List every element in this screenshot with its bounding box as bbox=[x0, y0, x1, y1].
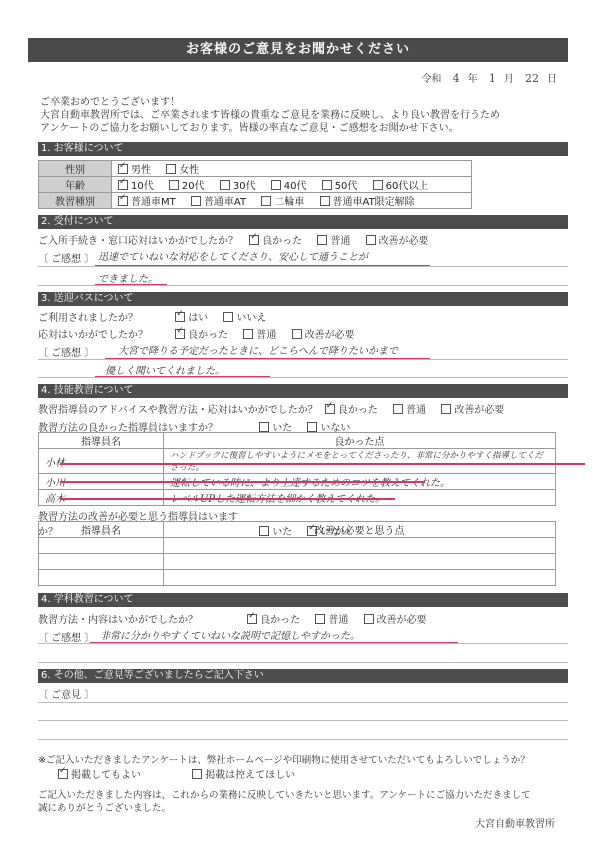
option-60s-plus[interactable]: 60代以上 bbox=[373, 181, 429, 192]
option-50s[interactable]: 50代 bbox=[322, 181, 358, 192]
academic-question: 教習方法・内容はいかがでしたか？ 良かった 普通 改善が必要 bbox=[38, 611, 439, 626]
option-good[interactable]: 良かった bbox=[175, 330, 228, 341]
date-month[interactable]: 1 bbox=[489, 72, 496, 85]
comment-line[interactable] bbox=[38, 702, 568, 703]
checkbox-icon[interactable] bbox=[118, 164, 128, 174]
checkbox-icon[interactable] bbox=[393, 404, 403, 414]
option-normal[interactable]: 普通 bbox=[393, 405, 426, 416]
comment-label: 〔 ご感想 〕 bbox=[38, 629, 94, 644]
row-age: 年齢 10代 20代 30代 40代 50代 60代以上 bbox=[39, 177, 472, 193]
checkbox-icon[interactable] bbox=[271, 180, 281, 190]
divider bbox=[38, 643, 568, 644]
checkbox-icon[interactable] bbox=[441, 404, 451, 414]
divider bbox=[38, 266, 568, 267]
improvement-point[interactable] bbox=[164, 538, 556, 554]
checkbox-icon[interactable] bbox=[175, 329, 185, 339]
instructor-name[interactable] bbox=[39, 570, 164, 586]
checkbox-icon[interactable] bbox=[118, 180, 128, 190]
red-underline bbox=[60, 498, 395, 500]
checkbox-icon[interactable] bbox=[261, 196, 271, 206]
academic-comment[interactable]: 非常に分かりやすくていねいな説明で記憶しやすかった。 bbox=[100, 627, 360, 642]
option-needs-improvement[interactable]: 改善が必要 bbox=[364, 615, 427, 626]
option-at[interactable]: 普通車AT bbox=[191, 197, 246, 208]
date-year[interactable]: 4 bbox=[453, 72, 460, 85]
option-normal[interactable]: 普通 bbox=[315, 615, 348, 626]
signature: 大宮自動車教習所 bbox=[475, 815, 555, 830]
checkbox-icon[interactable] bbox=[373, 180, 383, 190]
option-motorcycle[interactable]: 二輪車 bbox=[261, 197, 304, 208]
option-yes[interactable]: はい bbox=[175, 313, 208, 324]
option-at-limit-removal[interactable]: 普通車AT限定解除 bbox=[320, 197, 415, 208]
column-header-instructor: 指導員名 bbox=[39, 522, 164, 538]
label-age: 年齢 bbox=[39, 177, 112, 193]
date-era: 令和 bbox=[421, 74, 441, 85]
column-header-good-points: 良かった点 bbox=[164, 433, 556, 449]
section-header-customer: 1. お客様について bbox=[38, 142, 568, 156]
option-normal[interactable]: 普通 bbox=[243, 330, 276, 341]
checkbox-icon[interactable] bbox=[220, 180, 230, 190]
customer-info-table: 性別 男性 女性 年齢 10代 20代 30代 40代 50代 60代以上 教習… bbox=[38, 160, 472, 209]
checkbox-icon[interactable] bbox=[259, 422, 269, 432]
label-gender: 性別 bbox=[39, 161, 112, 177]
form-title: お客様のご意見をお聞かせください bbox=[28, 38, 568, 62]
table-header: 指導員名 良かった点 bbox=[39, 433, 556, 449]
checkbox-icon[interactable] bbox=[322, 180, 332, 190]
checkbox-icon[interactable] bbox=[243, 329, 253, 339]
improve-instructors-table: 指導員名 改善が必要と思う点 bbox=[38, 521, 556, 586]
checkbox-icon[interactable] bbox=[223, 312, 233, 322]
red-underline bbox=[60, 463, 585, 465]
checkbox-icon[interactable] bbox=[249, 235, 259, 245]
divider bbox=[38, 662, 568, 663]
consent-options: 掲載してもよい 掲載は控えてほしい bbox=[58, 766, 307, 781]
option-good[interactable]: 良かった bbox=[325, 405, 378, 416]
option-female[interactable]: 女性 bbox=[166, 165, 199, 176]
red-underline bbox=[60, 481, 425, 483]
option-needs-improvement[interactable]: 改善が必要 bbox=[441, 405, 504, 416]
divider bbox=[38, 359, 568, 360]
label-course: 教習種別 bbox=[39, 193, 112, 209]
date-day-unit: 日 bbox=[547, 74, 557, 85]
checkbox-icon[interactable] bbox=[366, 235, 376, 245]
instructor-name[interactable] bbox=[39, 538, 164, 554]
comment-label: 〔 ご感想 〕 bbox=[38, 250, 94, 265]
option-good[interactable]: 良かった bbox=[247, 615, 300, 626]
section-header-academic-lessons: 4. 学科教習について bbox=[38, 593, 568, 607]
checkbox-icon[interactable] bbox=[247, 614, 257, 624]
option-30s[interactable]: 30代 bbox=[220, 181, 256, 192]
good-instructors-table: 指導員名 良かった点 小林 ハンドブックに復習しやすいようにメモをとってくださっ… bbox=[38, 432, 556, 506]
option-20s[interactable]: 20代 bbox=[169, 181, 205, 192]
reception-comment-line1[interactable]: 迅速でていねいな対応をしてくださり、安心して通うことが bbox=[98, 248, 368, 263]
intro-line: アンケートのご協力をお願いしております。皆様の率直なご意見・ご感想をお聞かせ下さ… bbox=[40, 122, 500, 135]
date: 令和 4年 1月 22日 bbox=[421, 70, 557, 85]
reception-question: ご入所手続き・窓口応対はいかがでしたか？ 良かった 普通 改善が必要 bbox=[38, 232, 441, 247]
divider bbox=[38, 285, 568, 286]
checkbox-icon[interactable] bbox=[191, 196, 201, 206]
table-row bbox=[39, 538, 556, 554]
option-needs-improvement[interactable]: 改善が必要 bbox=[366, 236, 429, 247]
section-header-other: 6. その他、ご意見等ございましたらご記入下さい bbox=[38, 669, 568, 683]
option-needs-improvement[interactable]: 改善が必要 bbox=[292, 330, 355, 341]
checkbox-icon[interactable] bbox=[320, 196, 330, 206]
option-10s[interactable]: 10代 bbox=[118, 181, 154, 192]
table-row bbox=[39, 554, 556, 570]
checkbox-icon[interactable] bbox=[292, 329, 302, 339]
option-no[interactable]: いいえ bbox=[223, 313, 266, 324]
option-decline-publish[interactable]: 掲載は控えてほしい bbox=[192, 770, 295, 781]
checkbox-icon[interactable] bbox=[317, 235, 327, 245]
consent-question: ※ご記入いただきましたアンケートは、弊社ホームページや印刷物に使用させていただい… bbox=[38, 752, 530, 766]
option-mt[interactable]: 普通車MT bbox=[118, 197, 176, 208]
divider bbox=[38, 377, 568, 378]
checkbox-icon[interactable] bbox=[364, 614, 374, 624]
section-header-shuttle-bus: 3. 送迎バスについて bbox=[38, 292, 568, 306]
row-course: 教習種別 普通車MT 普通車AT 二輪車 普通車AT限定解除 bbox=[39, 193, 472, 209]
date-year-unit: 年 bbox=[468, 74, 478, 85]
checkbox-icon[interactable] bbox=[58, 769, 68, 779]
bus-service-question: 応対はいかがでしたか？ 良かった 普通 改善が必要 bbox=[38, 326, 367, 341]
column-header-improvement-points: 改善が必要と思う点 bbox=[164, 522, 556, 538]
date-month-unit: 月 bbox=[504, 74, 514, 85]
checkbox-icon[interactable] bbox=[175, 312, 185, 322]
good-point[interactable]: ハンドブックに復習しやすいようにメモをとってくださったり、非常に分かりやすく指導… bbox=[164, 449, 556, 474]
comment-line[interactable] bbox=[38, 739, 568, 740]
option-good[interactable]: 良かった bbox=[249, 236, 302, 247]
checkbox-icon[interactable] bbox=[118, 196, 128, 206]
checkbox-icon[interactable] bbox=[307, 422, 317, 432]
column-header-instructor: 指導員名 bbox=[39, 433, 164, 449]
intro-line: ご卒業おめでとうございます！ bbox=[40, 96, 500, 109]
question-text: ご入所手続き・窓口応対はいかがでしたか？ bbox=[38, 236, 238, 247]
intro-line: 大宮自動車教習所では、ご卒業されます皆様の貴重なご意見を業務に反映し、より良い教… bbox=[40, 109, 500, 122]
table-row bbox=[39, 570, 556, 586]
checkbox-icon[interactable] bbox=[166, 164, 176, 174]
bus-comment-line2[interactable]: 優しく聞いてくれました。 bbox=[105, 362, 225, 377]
instructor-question: 教習指導員のアドバイスや教習方法・応対はいかがでしたか？ 良かった 普通 改善が… bbox=[38, 401, 516, 416]
checkbox-icon[interactable] bbox=[315, 614, 325, 624]
row-gender: 性別 男性 女性 bbox=[39, 161, 472, 177]
table-row: 小林 ハンドブックに復習しやすいようにメモをとってくださったり、非常に分かりやす… bbox=[39, 449, 556, 474]
checkbox-icon[interactable] bbox=[325, 404, 335, 414]
option-normal[interactable]: 普通 bbox=[317, 236, 350, 247]
section-header-driving-lessons: 4. 技能教習について bbox=[38, 384, 568, 398]
improvement-point[interactable] bbox=[164, 570, 556, 586]
section-header-reception: 2. 受付について bbox=[38, 215, 568, 229]
instructor-name[interactable] bbox=[39, 554, 164, 570]
date-day[interactable]: 22 bbox=[525, 72, 539, 85]
bus-comment-line1[interactable]: 大宮で降りる予定だったときに、どこらへんで降りたいかまで bbox=[118, 342, 398, 357]
checkbox-icon[interactable] bbox=[192, 769, 202, 779]
improvement-point[interactable] bbox=[164, 554, 556, 570]
comment-label: 〔 ご意見 〕 bbox=[38, 686, 94, 701]
reception-comment-line2[interactable]: できました。 bbox=[98, 270, 158, 285]
intro-text: ご卒業おめでとうございます！ 大宮自動車教習所では、ご卒業されます皆様の貴重なご… bbox=[40, 96, 500, 135]
bus-usage-question: ご利用されましたか？ はい いいえ bbox=[38, 309, 278, 324]
option-40s[interactable]: 40代 bbox=[271, 181, 307, 192]
option-allow-publish[interactable]: 掲載してもよい bbox=[58, 770, 141, 781]
option-male[interactable]: 男性 bbox=[118, 165, 151, 176]
table-header: 指導員名 改善が必要と思う点 bbox=[39, 522, 556, 538]
checkbox-icon[interactable] bbox=[169, 180, 179, 190]
instructor-name[interactable]: 小林 bbox=[39, 449, 164, 474]
comment-label: 〔 ご感想 〕 bbox=[38, 344, 94, 359]
closing-message: ご記入いただきました内容は、これからの業務に反映していきたいと思います。アンケー… bbox=[38, 789, 531, 815]
comment-line[interactable] bbox=[38, 720, 568, 721]
